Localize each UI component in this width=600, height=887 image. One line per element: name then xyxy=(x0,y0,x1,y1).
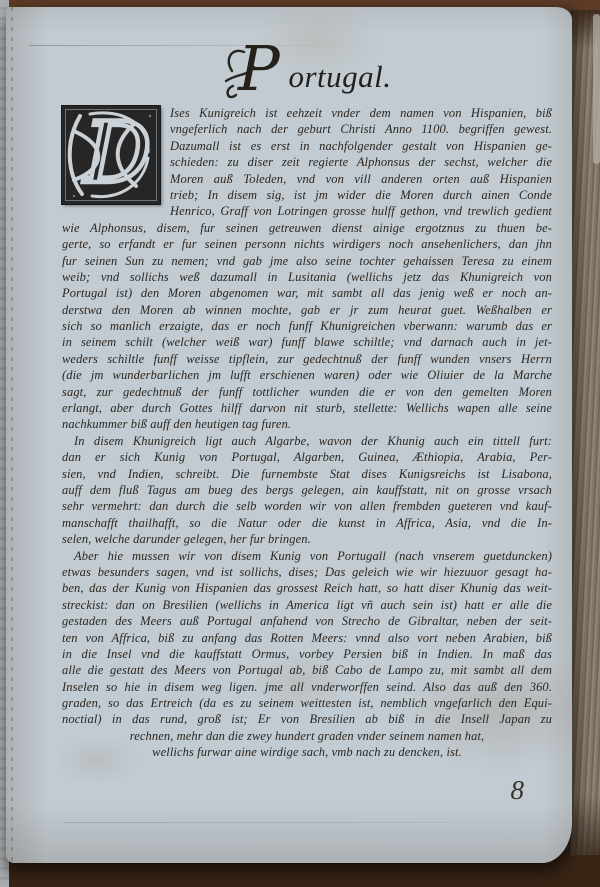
page-number: 8 xyxy=(6,775,524,806)
text-line: fur seinen Sun zu nemen; vnd gab jme als… xyxy=(62,253,552,269)
text-line: in seinem schilt (welcher weiß war) funf… xyxy=(62,334,552,350)
text-line: In disem Khunigreich ligt auch Algarbe, … xyxy=(62,433,552,449)
text-line: trieb; In disem sig, ist jm wider die Mo… xyxy=(170,187,552,203)
text-line: sich so manlich erzaigte, das er noch fu… xyxy=(62,318,552,334)
title-initial: P xyxy=(237,37,281,103)
book-photo: P ortugal. D xyxy=(0,0,600,887)
text-line: rechnen, mehr dan die zwey hundert grade… xyxy=(62,728,552,744)
text-line: erlangt, aber durch Gottes hilff darvon … xyxy=(62,400,552,416)
gutter-crease xyxy=(11,7,13,863)
text-line: wie Alphonsus, disem, fur seinen getreuw… xyxy=(62,220,552,236)
text-line: gerte, so erfandt er fur seinen personn … xyxy=(62,236,552,252)
text-line: Inselen so hie in disem weg ligen. jme a… xyxy=(62,679,552,695)
title-text: ortugal. xyxy=(288,59,391,95)
text-line: Ises Kunigreich ist eehzeit vnder dem na… xyxy=(170,105,552,121)
text-line: ben, das der Kunig von Hispanien das gro… xyxy=(62,580,552,596)
text-line: sien, vnd Indien, schreibt. Die furnembs… xyxy=(62,466,552,482)
strapwork-initial-icon: D xyxy=(62,106,160,204)
page-title: P ortugal. xyxy=(62,37,552,103)
paragraph: In disem Khunigreich ligt auch Algarbe, … xyxy=(62,433,552,548)
text-line: weib; vnd sollichs weß dazumall in Lusit… xyxy=(62,269,552,285)
text-line: selen, welche darunder gelegen, her fur … xyxy=(62,531,552,547)
text-line: Aber hie mussen wir von disem Kunig von … xyxy=(62,548,552,564)
text-line: Moren auß Toleden, vnd von vill anderen … xyxy=(170,171,552,187)
text-line: sagt, zur gedechtnuß der funff tottliche… xyxy=(62,384,552,400)
text-line: streckist: dan on Bresilien (wellichs in… xyxy=(62,597,552,613)
text-line: ten von Affrica, biß zu anfang das Rotte… xyxy=(62,630,552,646)
text-line: weders schiltle funff weisse tipflein, z… xyxy=(62,351,552,367)
text-line: manschafft thailhafft, so die Natur oder… xyxy=(62,515,552,531)
text-line: in die Insel vnd die kauffstatt Ormus, v… xyxy=(62,646,552,662)
text-line: derstwa den Moren ab winnen mochte, gab … xyxy=(62,302,552,318)
page-edge-sliver xyxy=(593,14,600,164)
text-line: alle die gestatt des Meers von Portugal … xyxy=(62,662,552,678)
text-line: Henrico, Graff von Lotringen grosse hulf… xyxy=(170,203,552,219)
text-line: gestaden des Meers auß Portugal anfahend… xyxy=(62,613,552,629)
text-line: (die jm wunderbarlichen jm lufft erschie… xyxy=(62,367,552,383)
text-line: Dazumall ist es erst in nachfolgender ge… xyxy=(170,138,552,154)
text-line: etwas besunders sagen, vnd ist sollichs,… xyxy=(62,564,552,580)
paragraph: D Ises Kunigreich ist eehzeit vnder dem … xyxy=(62,105,552,433)
ornate-initial-P-icon: P xyxy=(222,37,286,103)
body-text: D Ises Kunigreich ist eehzeit vnder dem … xyxy=(62,105,552,761)
text-line: nachkummer biß auff den heutigen tag fur… xyxy=(62,416,552,432)
text-line: sehr vermehrt: dan durch die selb worden… xyxy=(62,498,552,514)
text-line: wellichs furwar aine wirdige sach, vmb n… xyxy=(62,744,552,760)
text-line: noctial) in das rund, groß ist; Er von B… xyxy=(62,711,552,727)
text-line: vngeferlich nach der geburt Christi Anno… xyxy=(170,121,552,137)
text-line: schieden: zu diser zeit regierte Alphons… xyxy=(170,154,552,170)
drop-cap-letter: D xyxy=(82,106,151,202)
text-line: dan er sich Kunig von Portugal, Algarben… xyxy=(62,449,552,465)
paragraph: Aber hie mussen wir von disem Kunig von … xyxy=(62,548,552,761)
paper-crease-bottom xyxy=(63,822,538,823)
text-line: auff dem fluß Tagus am bueg des bergs ge… xyxy=(62,482,552,498)
text-line: Portugal ist) den Moren abgenomen war, m… xyxy=(62,285,552,301)
book-page: P ortugal. D xyxy=(6,7,572,863)
text-line: graden, so das Ertreich (da es zu seinem… xyxy=(62,695,552,711)
woodcut-initial-block: D xyxy=(62,106,160,204)
